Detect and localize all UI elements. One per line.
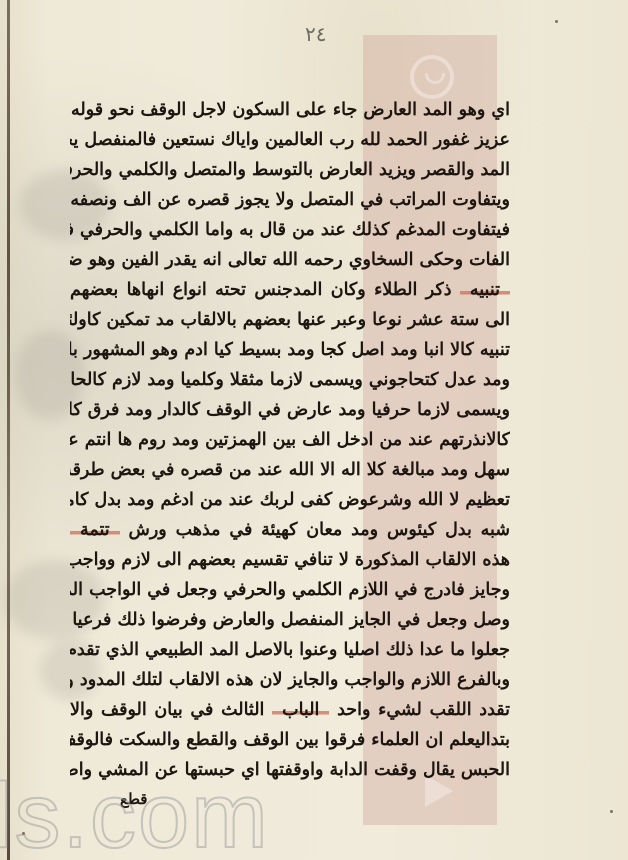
text-line: وجايز فادرج في اللازم الكلمي والحرفي وجع… bbox=[70, 575, 510, 605]
text-line: فيتفاوت المدغم كذلك عند من قال به واما ا… bbox=[70, 215, 510, 245]
text-line: الفات وحكى السخاوي رحمه الله تعالى انه ي… bbox=[70, 245, 510, 275]
text-line: عزيز غفور الحمد لله رب العالمين واياك نس… bbox=[70, 125, 510, 155]
text-line: وصل وجعل في الجايز المنفصل والعارض وفرضو… bbox=[70, 605, 510, 635]
paper-fleck bbox=[555, 20, 558, 23]
text-line: وبالفرع اللازم والواجب والجايز لان هذه ا… bbox=[70, 665, 510, 695]
text-line: تعظيم لا الله وشرعوض كفى لربك عند من ادغ… bbox=[70, 485, 510, 515]
folio-number: ٢٤ bbox=[305, 22, 326, 46]
text-line: هذه الالقاب المذكورة لا تنافي تقسيم بعضه… bbox=[70, 545, 510, 575]
text-line: جعلوا ما عدا ذلك اصليا وعنوا بالاصل المد… bbox=[70, 635, 510, 665]
text-line: ومد عدل كتحاجوني ويسمى لازما مثقلا وكلمي… bbox=[70, 365, 510, 395]
text-segment: ذكر الطلاء وكان المدجنس تحته انواع انهاه… bbox=[70, 280, 451, 300]
circle-logo-icon bbox=[410, 55, 454, 99]
text-line: كالانذرتهم عند من ادخل الف بين الهمزتين … bbox=[70, 425, 510, 455]
text-line: ويتفاوت المراتب في المتصل ولا يجوز قصره … bbox=[70, 185, 510, 215]
text-line: شبه بدل كيئوس ومد معان كهيئة في مذهب ورش… bbox=[70, 515, 510, 545]
text-line: الى ستة عشر نوعا وعبر عنها بعضهم بالالقا… bbox=[70, 305, 510, 335]
text-line-rubric: تنبيه تنبيه ذكر الطلاء وكان المدجنس تحته… bbox=[70, 275, 510, 305]
text-line: المد والقصر ويزيد العارض بالتوسط والمتصل… bbox=[70, 155, 510, 185]
paper-fleck bbox=[610, 810, 613, 813]
rubric-heading: تتمة bbox=[70, 520, 120, 540]
paper-fleck bbox=[22, 832, 25, 835]
text-line: اي وهو المد العارض جاء على السكون لاجل ا… bbox=[70, 95, 510, 125]
text-line: سهل ومد مبالغة كلا اله الا الله عند من ق… bbox=[70, 455, 510, 485]
text-line: بتداليعلم ان العلماء فرقوا بين الوقف وال… bbox=[70, 725, 510, 755]
manuscript-page: ٢٤ اي وهو المد العارض جاء على السكون لاج… bbox=[0, 0, 628, 860]
binding-edge bbox=[7, 0, 10, 860]
rubric-heading: الباب bbox=[272, 700, 329, 720]
manuscript-text: اي وهو المد العارض جاء على السكون لاجل ا… bbox=[70, 95, 510, 785]
text-line: ويسمى لازما حرفيا ومد عارض في الوقف كالد… bbox=[70, 395, 510, 425]
text-line: تقدد اللقب لشيء واحد الباب الثالث في بيا… bbox=[70, 695, 510, 725]
watermark-text: ls.com bbox=[0, 770, 270, 860]
rubric-heading: تنبيه bbox=[460, 280, 510, 300]
text-line: تنبيه كالا انبا ومد اصل كجا ومد بسيط كيا… bbox=[70, 335, 510, 365]
